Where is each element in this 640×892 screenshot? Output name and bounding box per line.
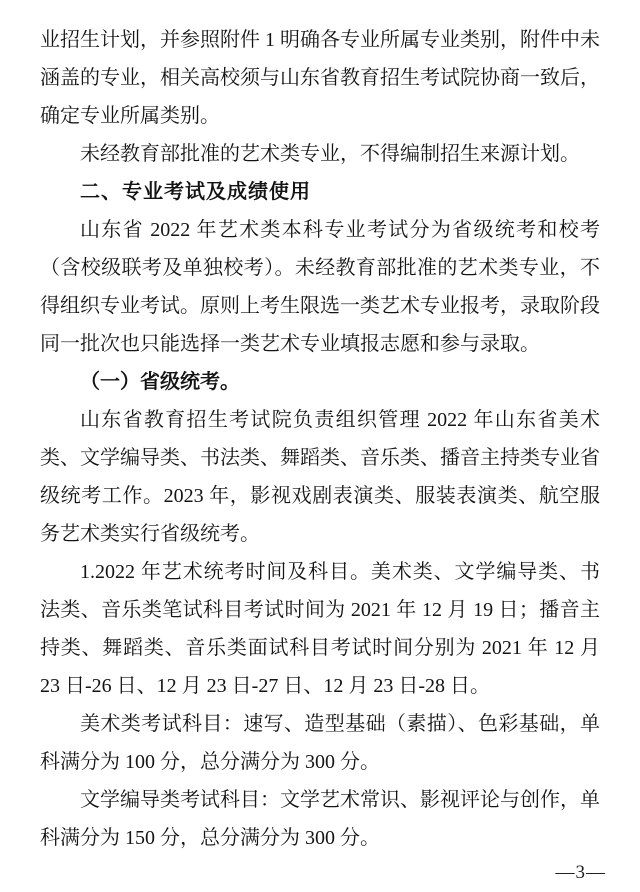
paragraph-line: （一）省级统考。 — [40, 363, 600, 401]
paragraph-line: 23 日-26 日、12 月 23 日-27 日、12 月 23 日-28 日。 — [40, 667, 600, 705]
document-page: 业招生计划，并参照附件 1 明确各专业所属专业类别，附件中未涵盖的专业，相关高校… — [0, 0, 640, 892]
paragraph-line: 务艺术类实行省级统考。 — [40, 515, 600, 553]
section-heading: 二、专业考试及成绩使用 — [40, 173, 600, 211]
paragraph: 美术类考试科目：速写、造型基础（素描）、色彩基础，单科满分为 100 分，总分满… — [40, 705, 600, 781]
paragraph: 1.2022 年艺术统考时间及科目。美术类、文学编导类、书法类、音乐类笔试科目考… — [40, 553, 600, 705]
page-number: —3— — [556, 862, 607, 884]
document-body: 业招生计划，并参照附件 1 明确各专业所属专业类别，附件中未涵盖的专业，相关高校… — [40, 21, 600, 857]
paragraph-line: 同一批次也只能选择一类艺术专业填报志愿和参与录取。 — [40, 325, 600, 363]
paragraph-line: 科满分为 100 分，总分满分为 300 分。 — [40, 743, 600, 781]
paragraph: 业招生计划，并参照附件 1 明确各专业所属专业类别，附件中未涵盖的专业，相关高校… — [40, 21, 600, 135]
paragraph-line: 得组织专业考试。原则上考生限选一类艺术专业报考，录取阶段 — [40, 287, 600, 325]
paragraph-line: 未经教育部批准的艺术类专业，不得编制招生来源计划。 — [40, 135, 600, 173]
paragraph: 山东省 2022 年艺术类本科专业考试分为省级统考和校考（含校级联考及单独校考）… — [40, 211, 600, 363]
paragraph-line: 法类、音乐类笔试科目考试时间为 2021 年 12 月 19 日；播音主 — [40, 591, 600, 629]
paragraph-line: 山东省 2022 年艺术类本科专业考试分为省级统考和校考 — [40, 211, 600, 249]
paragraph-line: 山东省教育招生考试院负责组织管理 2022 年山东省美术 — [40, 401, 600, 439]
paragraph-line: 业招生计划，并参照附件 1 明确各专业所属专业类别，附件中未 — [40, 21, 600, 59]
paragraph-line: 持类、舞蹈类、音乐类面试科目考试时间分别为 2021 年 12 月 — [40, 629, 600, 667]
paragraph: 文学编导类考试科目：文学艺术常识、影视评论与创作，单科满分为 150 分，总分满… — [40, 781, 600, 857]
paragraph: 未经教育部批准的艺术类专业，不得编制招生来源计划。 — [40, 135, 600, 173]
paragraph-line: 级统考工作。2023 年，影视戏剧表演类、服装表演类、航空服 — [40, 477, 600, 515]
paragraph: 山东省教育招生考试院负责组织管理 2022 年山东省美术类、文学编导类、书法类、… — [40, 401, 600, 553]
paragraph-line: 二、专业考试及成绩使用 — [40, 173, 600, 211]
sub-heading: （一）省级统考。 — [40, 363, 600, 401]
paragraph-line: 科满分为 150 分，总分满分为 300 分。 — [40, 819, 600, 857]
paragraph-line: 确定专业所属类别。 — [40, 97, 600, 135]
paragraph-line: 美术类考试科目：速写、造型基础（素描）、色彩基础，单 — [40, 705, 600, 743]
paragraph-line: 类、文学编导类、书法类、舞蹈类、音乐类、播音主持类专业省 — [40, 439, 600, 477]
paragraph-line: 1.2022 年艺术统考时间及科目。美术类、文学编导类、书 — [40, 553, 600, 591]
paragraph-line: 涵盖的专业，相关高校须与山东省教育招生考试院协商一致后， — [40, 59, 600, 97]
paragraph-line: 文学编导类考试科目：文学艺术常识、影视评论与创作，单 — [40, 781, 600, 819]
paragraph-line: （含校级联考及单独校考）。未经教育部批准的艺术类专业，不 — [40, 249, 600, 287]
